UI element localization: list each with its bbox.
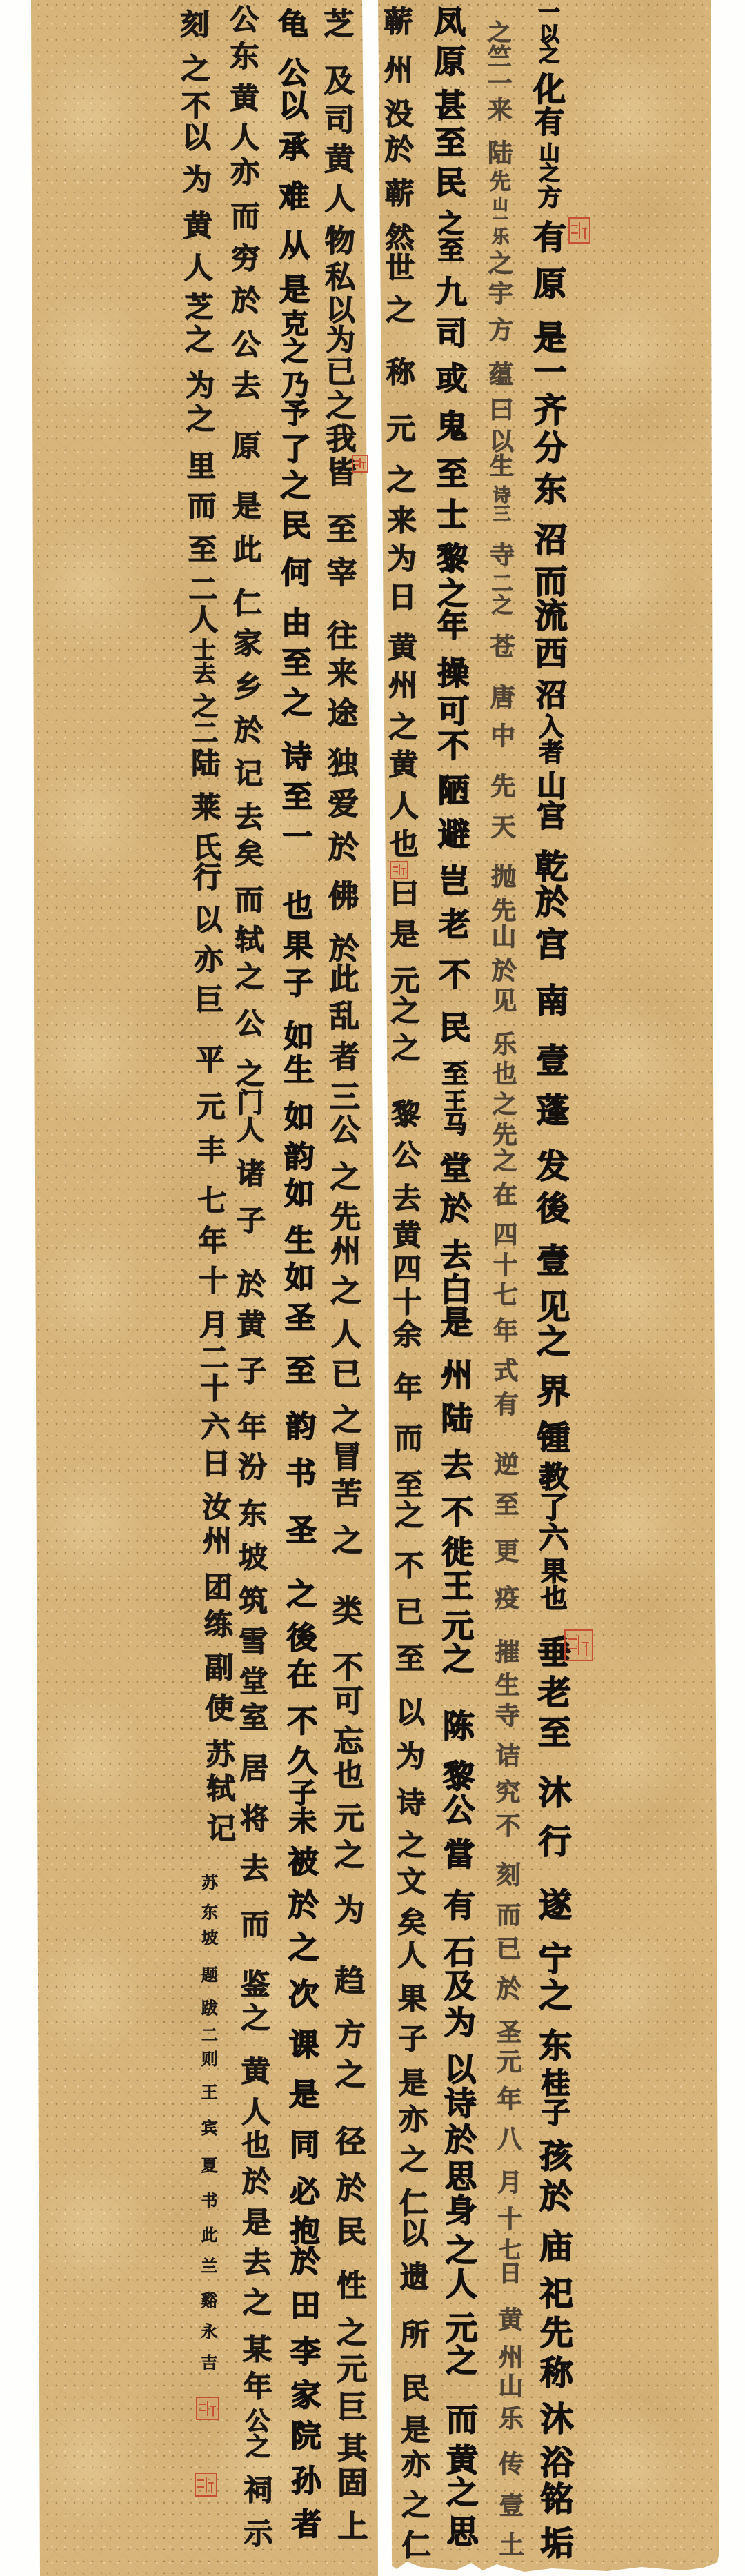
calligraphy-character: 兰 [201, 2258, 217, 2275]
calligraphy-character: 乱 [329, 1002, 359, 1032]
calligraphy-character: 陆 [191, 749, 220, 778]
calligraphy-character: 汝 [202, 1493, 231, 1522]
calligraphy-character: 式 [494, 1359, 519, 1384]
seal-stamp-icon [568, 217, 590, 244]
calligraphy-character: 而 [241, 1910, 270, 1939]
calligraphy-character: 民 [336, 2217, 366, 2248]
calligraphy-character: 而 [235, 886, 264, 915]
calligraphy-character: 记 [234, 760, 263, 789]
calligraphy-character: 之 [446, 2235, 477, 2266]
calligraphy-character: 果 [398, 1985, 427, 2014]
calligraphy-character: 先 [330, 1202, 361, 1233]
calligraphy-character: 至 [495, 1493, 519, 1518]
calligraphy-character: 使 [205, 1694, 234, 1723]
calligraphy-character: 於 [385, 135, 414, 164]
calligraphy-character: 之 [492, 595, 513, 617]
calligraphy-character: 乐 [492, 1033, 517, 1058]
calligraphy-character: 蕴 [489, 363, 514, 388]
calligraphy-character: 流 [535, 600, 568, 633]
calligraphy-character: 元 [446, 2312, 477, 2344]
calligraphy-character: 七 [499, 2239, 521, 2261]
calligraphy-character: 何 [281, 558, 311, 588]
calligraphy-character: 诘 [495, 1744, 520, 1769]
calligraphy-character: 黎 [443, 1761, 475, 1792]
calligraphy-character: 元 [390, 967, 419, 995]
calligraphy-character: 不 [441, 1496, 473, 1528]
calligraphy-character: 圣 [497, 2021, 521, 2045]
calligraphy-character: 了 [539, 1494, 568, 1523]
calligraphy-character: 不 [287, 1707, 317, 1737]
calligraphy-character: 日 [201, 1449, 230, 1478]
calligraphy-character: 白 [441, 1274, 473, 1305]
calligraphy-character: 有 [444, 1890, 475, 1921]
calligraphy-character: 一 [488, 72, 513, 97]
calligraphy-character: 称 [386, 358, 415, 387]
calligraphy-character: 去 [235, 803, 264, 832]
calligraphy-character: 韵 [286, 1412, 316, 1443]
calligraphy-character: 之 [446, 2477, 478, 2508]
calligraphy-character: 沼 [536, 680, 567, 711]
calligraphy-character: 土 [499, 2533, 524, 2558]
calligraphy-character: 公 [232, 330, 261, 359]
calligraphy-character: 不 [333, 1653, 364, 1683]
calligraphy-character: 是 [399, 2069, 428, 2098]
calligraphy-character: 浴 [540, 2446, 573, 2479]
calligraphy-character: 去 [242, 2248, 271, 2277]
calligraphy-character: 去 [440, 1240, 472, 1271]
calligraphy-character: 之 [281, 471, 311, 502]
calligraphy-character: 韵 [284, 1142, 315, 1173]
calligraphy-character: 而 [446, 2404, 478, 2435]
calligraphy-character: 未 [289, 1808, 317, 1836]
calligraphy-character: 至 [395, 1471, 424, 1500]
calligraphy-character: 一 [283, 822, 313, 853]
calligraphy-character: 先 [493, 1123, 517, 1148]
calligraphy-character: 黄 [446, 2444, 478, 2476]
calligraphy-character: 练 [204, 1610, 233, 1639]
calligraphy-character: 者 [330, 1042, 360, 1073]
calligraphy-character: 司 [435, 317, 467, 349]
calligraphy-character: 人 [241, 2098, 270, 2127]
calligraphy-character: 而 [394, 1424, 423, 1453]
calligraphy-character: 十 [498, 2208, 523, 2232]
calligraphy-character: 其 [337, 2434, 368, 2464]
calligraphy-character: 而 [188, 492, 217, 521]
calligraphy-character: 圣 [285, 1303, 315, 1334]
calligraphy-character: 公 [246, 2409, 270, 2434]
calligraphy-character: 李 [290, 2337, 321, 2368]
calligraphy-character: 石 [444, 1936, 475, 1968]
calligraphy-character: 生 [284, 1056, 314, 1086]
calligraphy-character: 去 [393, 1185, 421, 1213]
calligraphy-character: 已 [395, 1598, 424, 1627]
calligraphy-character: 龟 [278, 10, 308, 40]
calligraphy-character: 里 [187, 452, 216, 481]
calligraphy-character: 平 [196, 1046, 225, 1075]
calligraphy-character: 三 [330, 1082, 360, 1113]
calligraphy-character: 题 [201, 1967, 218, 1983]
calligraphy-character: 人 [184, 254, 213, 283]
calligraphy-character: 當 [444, 1839, 475, 1870]
calligraphy-character: 之 [539, 164, 560, 184]
calligraphy-character: 黄 [237, 1311, 266, 1340]
calligraphy-character: 趋 [335, 1966, 365, 1997]
calligraphy-character: 十 [493, 1254, 518, 1278]
calligraphy-character: 之 [181, 55, 210, 83]
calligraphy-character: 为 [444, 2007, 476, 2039]
calligraphy-character: 来 [327, 659, 357, 689]
calligraphy-character: 从 [279, 231, 310, 261]
calligraphy-character: 而 [535, 565, 568, 598]
calligraphy-character: 堂 [239, 1667, 268, 1696]
seal-stamp-icon [195, 2473, 217, 2497]
calligraphy-character: 之 [389, 713, 418, 742]
calligraphy-character: 子 [237, 1357, 266, 1386]
calligraphy-character: 人 [331, 1320, 361, 1350]
calligraphy-character: 州 [388, 671, 417, 700]
calligraphy-character: 不 [496, 1814, 521, 1839]
calligraphy-character: 二 [201, 2027, 218, 2043]
calligraphy-character: 圣 [286, 1516, 317, 1546]
calligraphy-character: 上 [338, 2512, 368, 2542]
calligraphy-character: 发 [536, 1150, 569, 1183]
calligraphy-character: 之 [331, 1276, 361, 1307]
calligraphy-character: 汾 [238, 1453, 267, 1482]
calligraphy-character: 於 [242, 2168, 271, 2197]
calligraphy-character: 是 [289, 2080, 319, 2110]
calligraphy-character: 陋 [438, 775, 470, 806]
calligraphy-character: 之 [442, 1643, 474, 1675]
calligraphy-character: 是 [232, 492, 261, 521]
calligraphy-character: 生 [285, 1226, 315, 1256]
calligraphy-character: 於 [290, 2248, 320, 2277]
calligraphy-character: 一 [538, 2, 559, 23]
calligraphy-character: 而 [231, 202, 260, 231]
calligraphy-character: 人 [230, 123, 259, 152]
calligraphy-character: 东 [201, 1904, 218, 1921]
calligraphy-character: 山 [493, 197, 508, 212]
calligraphy-character: 久 [288, 1747, 318, 1777]
calligraphy-character: 至 [326, 515, 357, 545]
calligraphy-character: 此 [329, 965, 359, 995]
seal-stamp-icon [564, 1629, 593, 1661]
calligraphy-character: 於 [237, 1270, 266, 1299]
calligraphy-character: 至 [435, 127, 466, 159]
calligraphy-character: 以 [194, 906, 223, 935]
calligraphy-character: 固 [337, 2468, 368, 2499]
calligraphy-character: 我 [326, 424, 357, 455]
calligraphy-character: 为 [186, 371, 215, 400]
calligraphy-character: 黄 [389, 751, 418, 780]
calligraphy-character: 至 [286, 1356, 316, 1387]
calligraphy-character: 仁 [402, 2531, 431, 2560]
seal-stamp-icon [352, 455, 368, 473]
calligraphy-character: 更 [495, 1540, 519, 1565]
calligraphy-character: 及 [324, 66, 355, 97]
calligraphy-character: 壹 [499, 2494, 524, 2519]
calligraphy-character: 乾 [535, 851, 568, 884]
calligraphy-character: 黎 [392, 1100, 421, 1129]
calligraphy-character: 已 [497, 1937, 521, 1962]
calligraphy-character: 壹 [537, 1245, 570, 1278]
calligraphy-character: 唐 [490, 686, 515, 711]
calligraphy-character: 轼 [206, 1774, 235, 1803]
calligraphy-character: 子 [398, 2025, 427, 2054]
calligraphy-character: 曰 [489, 398, 514, 423]
calligraphy-character: 徙 [441, 1536, 473, 1568]
calligraphy-character: 之 [397, 1831, 426, 1860]
calligraphy-character: 见 [492, 989, 517, 1014]
calligraphy-character: 以 [326, 296, 355, 325]
calligraphy-character: 凤 [434, 6, 466, 38]
calligraphy-character: 州 [498, 2346, 523, 2370]
calligraphy-character: 祠 [244, 2476, 272, 2505]
calligraphy-character: 性 [337, 2271, 367, 2301]
calligraphy-character: 同 [290, 2130, 320, 2161]
calligraphy-character: 六 [539, 1524, 569, 1554]
calligraphy-character: 此 [232, 535, 261, 564]
calligraphy-character: 以 [444, 2054, 476, 2085]
calligraphy-character: 之 [236, 1060, 265, 1089]
calligraphy-character: 疫 [495, 1587, 519, 1612]
calligraphy-character: 民 [401, 2375, 430, 2404]
calligraphy-character: 抛 [491, 865, 516, 890]
calligraphy-character: 亦 [399, 2106, 428, 2134]
calligraphy-character: 山 [492, 925, 517, 950]
calligraphy-character: 思 [447, 2516, 479, 2548]
calligraphy-character: 穷 [231, 244, 260, 273]
calligraphy-character: 於 [445, 2124, 477, 2156]
calligraphy-character: 三 [493, 506, 510, 524]
calligraphy-character: 於 [440, 1193, 472, 1225]
calligraphy-character: 记 [207, 1814, 236, 1843]
calligraphy-character: 亦 [230, 158, 259, 187]
calligraphy-character: 已 [326, 357, 356, 388]
calligraphy-character: 居 [239, 1754, 268, 1783]
calligraphy-character: 黄 [388, 633, 417, 662]
calligraphy-character: 至 [438, 238, 464, 264]
calligraphy-character: 文 [397, 1867, 426, 1896]
calligraphy-character: 之 [438, 211, 464, 237]
calligraphy-character: 子 [289, 1780, 317, 1807]
calligraphy-character: 元 [442, 1610, 474, 1642]
calligraphy-character: 界 [537, 1375, 570, 1408]
calligraphy-character: 也 [283, 891, 313, 922]
calligraphy-character: 天 [491, 815, 516, 840]
calligraphy-character: 二 [200, 1344, 229, 1373]
calligraphy-character: 之 [337, 2318, 367, 2348]
calligraphy-character: 由 [281, 608, 312, 639]
calligraphy-character: 之 [243, 2288, 272, 2317]
calligraphy-character: 团 [203, 1574, 232, 1603]
calligraphy-character: 仁 [399, 2189, 428, 2218]
calligraphy-character: 东 [238, 1500, 267, 1529]
calligraphy-character: 之 [330, 1162, 361, 1193]
calligraphy-character: 民 [439, 1012, 471, 1044]
calligraphy-character: 生 [495, 1674, 520, 1698]
calligraphy-character: 遗 [400, 2263, 429, 2292]
calligraphy-character: 独 [328, 749, 358, 779]
calligraphy-character: 吉 [201, 2355, 217, 2371]
calligraphy-character: 或 [436, 363, 468, 395]
calligraphy-character: 之 [281, 339, 308, 366]
calligraphy-character: 见 [537, 1291, 570, 1324]
calligraphy-character: 宇 [488, 282, 513, 307]
calligraphy-character: 祀 [540, 2277, 573, 2310]
calligraphy-character: 七 [493, 1283, 518, 1308]
calligraphy-character: 桂 [542, 2069, 570, 2098]
calligraphy-character: 次 [288, 1980, 319, 2010]
calligraphy-character: 公 [230, 6, 259, 34]
calligraphy-character: 老 [439, 909, 470, 940]
calligraphy-character: 宰 [327, 558, 357, 588]
calligraphy-character: 诗 [397, 1789, 426, 1818]
calligraphy-character: 诗 [282, 742, 312, 773]
calligraphy-character: 方 [488, 319, 513, 344]
calligraphy-character: 之 [391, 1034, 420, 1063]
calligraphy-character: 山 [537, 772, 566, 802]
calligraphy-character: 予 [281, 400, 309, 428]
calligraphy-character: 之 [446, 2345, 477, 2377]
seal-stamp-icon [196, 2397, 219, 2420]
calligraphy-character: 乐 [492, 229, 509, 246]
calligraphy-character: 之 [395, 1501, 424, 1530]
calligraphy-character: 寺 [495, 1704, 520, 1729]
calligraphy-character: 者 [539, 740, 564, 765]
calligraphy-character: 也 [541, 1586, 567, 1612]
calligraphy-character: 先 [540, 2317, 573, 2350]
calligraphy-character: 之 [493, 1149, 517, 1174]
calligraphy-character: 以 [396, 1698, 425, 1727]
calligraphy-character: 於 [492, 959, 517, 984]
calligraphy-character: 元 [334, 1804, 364, 1834]
calligraphy-character: 人 [397, 1941, 426, 1970]
calligraphy-character: 教 [539, 1463, 568, 1493]
calligraphy-character: 以 [399, 2219, 428, 2248]
calligraphy-character: 冒 [332, 1443, 362, 1473]
calligraphy-character: 方 [335, 2020, 366, 2050]
calligraphy-character: 抱 [290, 2217, 320, 2247]
calligraphy-character: 究 [496, 1781, 521, 1805]
calligraphy-character: 黄 [498, 2308, 523, 2333]
calligraphy-character: 先 [490, 172, 511, 193]
calligraphy-character: 为 [335, 1896, 365, 1926]
calligraphy-character: 示 [244, 2519, 273, 2548]
calligraphy-character: 以 [182, 123, 211, 152]
calligraphy-character: 刻 [181, 10, 210, 39]
calligraphy-character: 芝 [185, 293, 214, 322]
calligraphy-character: 苏 [206, 1741, 235, 1770]
calligraphy-character: 於 [288, 1890, 319, 1921]
calligraphy-character: 一 [493, 212, 508, 228]
calligraphy-character: 夏 [201, 2157, 218, 2174]
calligraphy-character: 之 [286, 1580, 317, 1610]
calligraphy-character: 来 [387, 506, 416, 535]
calligraphy-character: 化 [533, 74, 566, 106]
calligraphy-character: 物 [325, 226, 355, 257]
calligraphy-character: 巨 [195, 986, 223, 1015]
calligraphy-character: 於 [328, 833, 359, 863]
calligraphy-character: 年 [243, 2372, 272, 2401]
calligraphy-character: 之 [334, 1841, 364, 1871]
calligraphy-character: 堂 [440, 1153, 472, 1185]
calligraphy-character: 难 [279, 182, 310, 212]
calligraphy-character: 东 [539, 2030, 573, 2063]
calligraphy-character: 丰 [197, 1136, 226, 1165]
calligraphy-character: 垢 [541, 2527, 574, 2560]
calligraphy-character: 逆 [494, 1453, 519, 1478]
calligraphy-character: 果 [541, 1559, 567, 1585]
calligraphy-character: 乃 [281, 372, 309, 399]
calligraphy-character: 沼 [535, 524, 568, 557]
calligraphy-character: 铭 [541, 2483, 574, 2516]
calligraphy-character: 先 [491, 899, 516, 924]
calligraphy-character: 如 [284, 1022, 314, 1052]
calligraphy-character: 於 [234, 716, 263, 745]
calligraphy-character: 为 [388, 544, 417, 573]
calligraphy-character: 矣 [235, 840, 264, 869]
calligraphy-character: 之 [537, 1325, 570, 1358]
calligraphy-character: 六 [201, 1413, 230, 1442]
calligraphy-character: 人 [446, 2268, 477, 2300]
calligraphy-character: 必 [290, 2177, 320, 2208]
calligraphy-character: 七 [198, 1187, 227, 1216]
calligraphy-character: 之 [488, 21, 511, 45]
calligraphy-character: 永 [201, 2324, 217, 2340]
calligraphy-character: 月 [199, 1311, 228, 1340]
calligraphy-character: 轼 [235, 926, 264, 955]
calligraphy-character: 家 [291, 2381, 321, 2411]
calligraphy-character: 诸 [237, 1160, 266, 1189]
calligraphy-character: 芝 [324, 10, 354, 40]
calligraphy-character: 公 [443, 1794, 475, 1826]
calligraphy-character: 黄 [393, 1221, 421, 1250]
calligraphy-character: 之 [326, 391, 356, 422]
calligraphy-character: 士 [437, 499, 468, 531]
calligraphy-character: 月 [497, 2171, 522, 2196]
calligraphy-character: 称 [540, 2357, 573, 2390]
calligraphy-character: 操 [437, 657, 469, 689]
calligraphy-character: 之 [386, 296, 415, 325]
calligraphy-character: 壹 [536, 1044, 569, 1078]
calligraphy-character: 先 [491, 775, 516, 800]
calligraphy-character: 蕲 [384, 8, 413, 37]
calligraphy-character: 一 [534, 356, 567, 389]
calligraphy-character: 之 [281, 688, 312, 719]
calligraphy-character: 生 [490, 455, 514, 479]
calligraphy-character: 年 [497, 2088, 522, 2112]
calligraphy-character: 如 [284, 1179, 315, 1209]
calligraphy-character: 至 [538, 1716, 571, 1750]
calligraphy-character: 八 [497, 2128, 522, 2152]
calligraphy-character: 此 [201, 2227, 218, 2243]
calligraphy-character: 之 [335, 2060, 366, 2090]
calligraphy-character: 黄 [241, 2057, 270, 2086]
calligraphy-character: 宾 [201, 2120, 218, 2137]
calligraphy-character: 如 [284, 1102, 315, 1133]
calligraphy-character: 原 [434, 46, 466, 77]
calligraphy-character: 不 [395, 1552, 424, 1581]
calligraphy-character: 之 [288, 1933, 319, 1963]
calligraphy-character: 元 [386, 415, 415, 444]
calligraphy-character: 爱 [328, 789, 359, 820]
calligraphy-character: 是 [441, 1307, 473, 1338]
calligraphy-character: 巨 [337, 2392, 368, 2423]
calligraphy-character: 蕲 [385, 179, 414, 208]
calligraphy-character: 於 [535, 886, 568, 919]
calligraphy-character: 锺 [537, 1422, 570, 1455]
calligraphy-character: 之 [493, 1093, 517, 1118]
